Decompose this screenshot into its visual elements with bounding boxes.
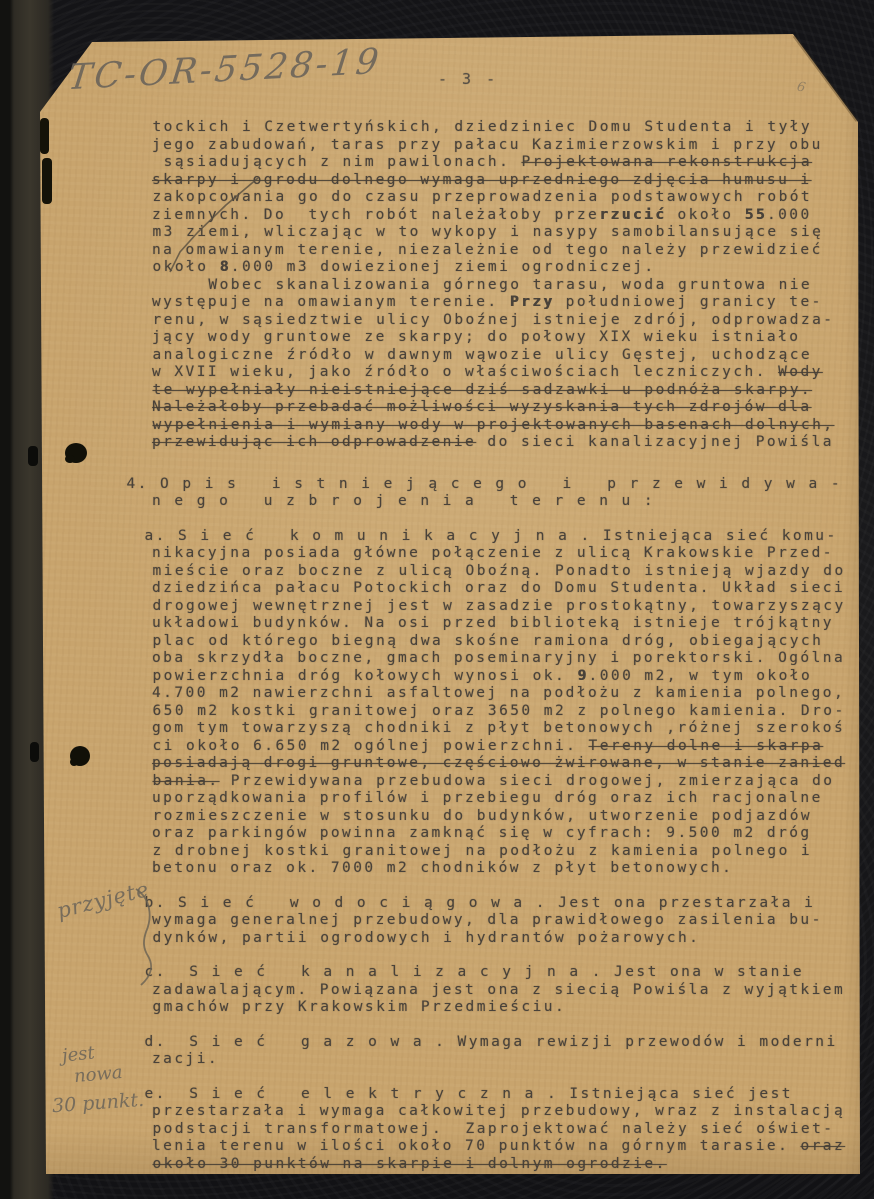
document-line: ziemnych. Do tych robót należałoby przer…: [152, 207, 852, 225]
text-segment: posiadają drogi gruntowe, częściowo żwir…: [152, 755, 845, 771]
text-segment: 9: [577, 668, 588, 684]
text-segment: .000 m2, w tym około: [589, 668, 813, 684]
document-line: mieście oraz boczne z ulicą Oboźną. Pona…: [153, 563, 853, 581]
text-segment: jący wody gruntowe ze skarpy; do połowy …: [152, 329, 800, 345]
text-segment: rozmieszczenie w stosunku do budynków, u…: [153, 808, 813, 824]
text-segment: w XVII wieku, jako źródło o właściwościa…: [152, 364, 778, 380]
document-line: powierzchnia dróg kołowych wynosi ok. 9.…: [153, 668, 853, 686]
document-line: gmachów przy Krakowskim Przedmieściu.: [153, 999, 853, 1017]
text-segment: skarpy i ogrodu dolnego wymaga uprzednie…: [152, 172, 812, 188]
text-segment: b. S i e ć w o d o c i ą g o w a . Jest …: [145, 895, 816, 911]
text-segment: analogiczne źródło w dawnym wąwozie ulic…: [153, 347, 813, 363]
text-segment: c. S i e ć k a n a l i z a c y j n a . J…: [145, 964, 805, 980]
document-line: n e g o u z b r o j e n i a t e r e n u …: [152, 493, 852, 511]
document-line: rozmieszczenie w stosunku do budynków, u…: [153, 808, 853, 826]
document-line: w XVII wieku, jako źródło o właściwościa…: [152, 364, 852, 382]
document-line: betonu oraz ok. 7000 m2 chodników z płyt…: [152, 860, 852, 878]
document-line: jego zabudowań, taras przy pałacu Kazimi…: [152, 137, 852, 155]
document-line: m3 ziemi, wliczając w to wykopy i nasypy…: [153, 224, 853, 242]
text-segment: południowej granicy te-: [555, 294, 823, 310]
document-line: lenia terenu w ilości około 70 punktów n…: [152, 1138, 852, 1156]
text-segment: Przy: [510, 294, 555, 310]
text-segment: wypełnienia i wymiany wody w projektowan…: [153, 417, 835, 433]
text-segment: około 30 punktów na skarpie i dolnym ogr…: [153, 1156, 667, 1172]
document-line: zadawalającym. Powiązana jest ona z siec…: [152, 982, 852, 1000]
text-segment: drogowej wewnętrznej jest w zasadzie pro…: [153, 598, 846, 614]
text-segment: układowi budynków. Na osi przed bibliote…: [152, 615, 834, 631]
text-segment: do sieci kanalizacyjnej Powiśla: [476, 434, 834, 450]
text-segment: lenia terenu w ilości około 70 punktów n…: [152, 1138, 800, 1154]
margin-note-jest: jest: [61, 1042, 96, 1066]
text-segment: e. S i e ć e l e k t r y c z n a . Istni…: [145, 1086, 793, 1102]
document-line: jący wody gruntowe ze skarpy; do połowy …: [152, 329, 852, 347]
document-line: e. S i e ć e l e k t r y c z n a . Istni…: [145, 1086, 853, 1104]
text-segment: gom tym towarzyszą chodniki z płyt beton…: [152, 720, 845, 736]
text-segment: te wypełniały nieistniejące dziś sadzawk…: [153, 382, 813, 398]
text-segment: 4. O p i s i s t n i e j ą c e g o i p r…: [127, 476, 843, 492]
text-segment: plac od którego biegną dwa skośne ramion…: [153, 633, 824, 649]
list-item: e. S i e ć e l e k t r y c z n a . Istni…: [152, 1086, 852, 1174]
text-segment: renu, w sąsiedztwie ulicy Oboźnej istnie…: [153, 312, 835, 328]
document-line: wypełnienia i wymiany wody w projektowan…: [153, 417, 853, 435]
document-line: dziedzińca pałacu Potockich oraz do Domu…: [152, 580, 852, 598]
document-line: 4.700 m2 nawierzchni asfaltowej na podło…: [152, 685, 852, 703]
document-line: około 8.000 m3 dowiezionej ziemi ogrodni…: [153, 259, 853, 277]
document-line: wymaga generalnej przebudowy, dla prawid…: [152, 912, 852, 930]
text-segment: Wobec skanalizowania górnego tarasu, wod…: [153, 277, 813, 293]
list-item: b. S i e ć w o d o c i ą g o w a . Jest …: [152, 895, 852, 948]
text-segment: dziedzińca pałacu Potockich oraz do Domu…: [152, 580, 845, 596]
document-line: oraz parkingów powinna zamknąć się w cyf…: [152, 825, 852, 843]
document-line: układowi budynków. Na osi przed bibliote…: [152, 615, 852, 633]
text-segment: Przewidywana przebudowa sieci drogowej, …: [220, 773, 835, 789]
text-segment: tockich i Czetwertyńskich, dziedziniec D…: [153, 119, 813, 135]
text-segment: ci około 6.650 m2 ogólnej powierzchni.: [153, 738, 589, 754]
text-segment: 4.700 m2 nawierzchni asfaltowej na podło…: [152, 685, 845, 701]
text-segment: m3 ziemi, wliczając w to wykopy i nasypy…: [153, 224, 824, 240]
text-segment: około: [153, 259, 220, 275]
paragraph: Wobec skanalizowania górnego tarasu, wod…: [152, 277, 852, 452]
document-line: Należałoby przebadać możliwości wyzyskan…: [152, 399, 852, 417]
text-segment: na omawianym terenie, niezależnie od teg…: [152, 242, 823, 258]
text-segment: 55: [745, 207, 767, 223]
text-segment: przestarzała i wymaga całkowitej przebud…: [152, 1103, 845, 1119]
text-segment: ziemnych. Do tych robót należałoby prze: [152, 207, 599, 223]
document-line: d. S i e ć g a z o w a . Wymaga rewizji …: [145, 1034, 853, 1052]
document-line: 4. O p i s i s t n i e j ą c e g o i p r…: [127, 476, 853, 494]
document-line: c. S i e ć k a n a l i z a c y j n a . J…: [145, 964, 853, 982]
text-segment: zadawalającym. Powiązana jest ona z siec…: [152, 982, 845, 998]
text-segment: wymaga generalnej przebudowy, dla prawid…: [152, 912, 823, 928]
document-line: tockich i Czetwertyńskich, dziedziniec D…: [153, 119, 853, 137]
list-item: d. S i e ć g a z o w a . Wymaga rewizji …: [152, 1034, 852, 1069]
text-segment: z drobnej kostki granitowej na podłożu z…: [153, 843, 813, 859]
document-line: gom tym towarzyszą chodniki z płyt beton…: [152, 720, 852, 738]
document-line: przestarzała i wymaga całkowitej przebud…: [152, 1103, 852, 1121]
document-line: występuje na omawianym terenie. Przy poł…: [152, 294, 852, 312]
list-item: c. S i e ć k a n a l i z a c y j n a . J…: [152, 964, 852, 1017]
margin-note-nowa: nowa: [73, 1062, 123, 1087]
document-line: te wypełniały nieistniejące dziś sadzawk…: [153, 382, 853, 400]
typewritten-text: tockich i Czetwertyńskich, dziedziniec D…: [152, 119, 852, 1173]
document-line: posiadają drogi gruntowe, częściowo żwir…: [152, 755, 852, 773]
scanned-document-page: { "page": { "reference_number": "TC-OR-5…: [0, 0, 874, 1199]
text-segment: betonu oraz ok. 7000 m2 chodników z płyt…: [152, 860, 733, 876]
text-segment: 8: [220, 259, 231, 275]
text-segment: sąsiadujących z nim pawilonach.: [153, 154, 522, 170]
document-line: ci około 6.650 m2 ogólnej powierzchni. T…: [153, 738, 853, 756]
text-segment: Wody: [778, 364, 823, 380]
document-line: analogiczne źródło w dawnym wąwozie ulic…: [153, 347, 853, 365]
text-segment: podstacji transformatowej. Zaprojektować…: [153, 1121, 835, 1137]
page-number: - 3 -: [438, 70, 498, 88]
document-line: przewidując ich odprowadzenie do sieci k…: [152, 434, 852, 452]
document-line: b. S i e ć w o d o c i ą g o w a . Jest …: [145, 895, 853, 913]
text-segment: n e g o u z b r o j e n i a t e r e n u …: [152, 493, 655, 509]
text-segment: .000: [767, 207, 812, 223]
document-line: skarpy i ogrodu dolnego wymaga uprzednie…: [152, 172, 852, 190]
text-segment: d. S i e ć g a z o w a . Wymaga rewizji …: [145, 1034, 838, 1050]
text-segment: oba skrzydła boczne, gmach poseminaryjny…: [152, 650, 845, 666]
document-line: dynków, partii ogrodowych i hydrantów po…: [153, 930, 853, 948]
document-line: na omawianym terenie, niezależnie od teg…: [152, 242, 852, 260]
text-segment: 650 m2 kostki granitowej oraz 3650 m2 z …: [153, 703, 846, 719]
document-line: sąsiadujących z nim pawilonach. Projekto…: [153, 154, 853, 172]
text-segment: występuje na omawianym terenie.: [152, 294, 510, 310]
text-segment: a. S i e ć k o m u n i k a c y j n a . I…: [145, 528, 838, 544]
document-line: oba skrzydła boczne, gmach poseminaryjny…: [152, 650, 852, 668]
text-segment: Tereny dolne i skarpa: [589, 738, 824, 754]
text-segment: jego zabudowań, taras przy pałacu Kazimi…: [152, 137, 823, 153]
text-segment: rzucić: [599, 207, 666, 223]
text-segment: .000 m3 dowiezionej ziemi ogrodniczej.: [231, 259, 656, 275]
text-segment: bania.: [153, 773, 220, 789]
section-heading: 4. O p i s i s t n i e j ą c e g o i p r…: [152, 476, 852, 511]
document-line: renu, w sąsiedztwie ulicy Oboźnej istnie…: [153, 312, 853, 330]
document-line: uporządkowania profilów i przebiegu dróg…: [152, 790, 852, 808]
text-segment: zakopcowania go do czasu przeprowadzenia…: [153, 189, 813, 205]
document-line: około 30 punktów na skarpie i dolnym ogr…: [153, 1156, 853, 1174]
document-line: podstacji transformatowej. Zaprojektować…: [153, 1121, 853, 1139]
text-segment: zacji.: [152, 1051, 219, 1067]
document-line: z drobnej kostki granitowej na podłożu z…: [153, 843, 853, 861]
document-line: zakopcowania go do czasu przeprowadzenia…: [153, 189, 853, 207]
text-segment: przewidując ich odprowadzenie: [152, 434, 476, 450]
text-segment: nikacyjna posiada główne połączenie z ul…: [152, 545, 834, 561]
document-line: Wobec skanalizowania górnego tarasu, wod…: [153, 277, 853, 295]
text-segment: Projektowana rekonstrukcja: [521, 154, 812, 170]
text-segment: mieście oraz boczne z ulicą Oboźną. Pona…: [153, 563, 846, 579]
document-line: nikacyjna posiada główne połączenie z ul…: [152, 545, 852, 563]
text-segment: powierzchnia dróg kołowych wynosi ok.: [153, 668, 578, 684]
list-item: a. S i e ć k o m u n i k a c y j n a . I…: [152, 528, 852, 878]
document-line: 650 m2 kostki granitowej oraz 3650 m2 z …: [153, 703, 853, 721]
document-line: zacji.: [152, 1051, 852, 1069]
text-segment: oraz parkingów powinna zamknąć się w cyf…: [152, 825, 812, 841]
text-segment: Należałoby przebadać możliwości wyzyskan…: [152, 399, 812, 415]
paragraph: tockich i Czetwertyńskich, dziedziniec D…: [152, 119, 852, 277]
document-line: drogowej wewnętrznej jest w zasadzie pro…: [153, 598, 853, 616]
document-line: a. S i e ć k o m u n i k a c y j n a . I…: [145, 528, 853, 546]
text-segment: dynków, partii ogrodowych i hydrantów po…: [153, 930, 701, 946]
text-segment: oraz: [800, 1138, 845, 1154]
document-line: bania. Przewidywana przebudowa sieci dro…: [153, 773, 853, 791]
text-segment: około: [666, 207, 744, 223]
document-line: plac od którego biegną dwa skośne ramion…: [153, 633, 853, 651]
text-segment: uporządkowania profilów i przebiegu dróg…: [152, 790, 823, 806]
text-segment: gmachów przy Krakowskim Przedmieściu.: [153, 999, 567, 1015]
